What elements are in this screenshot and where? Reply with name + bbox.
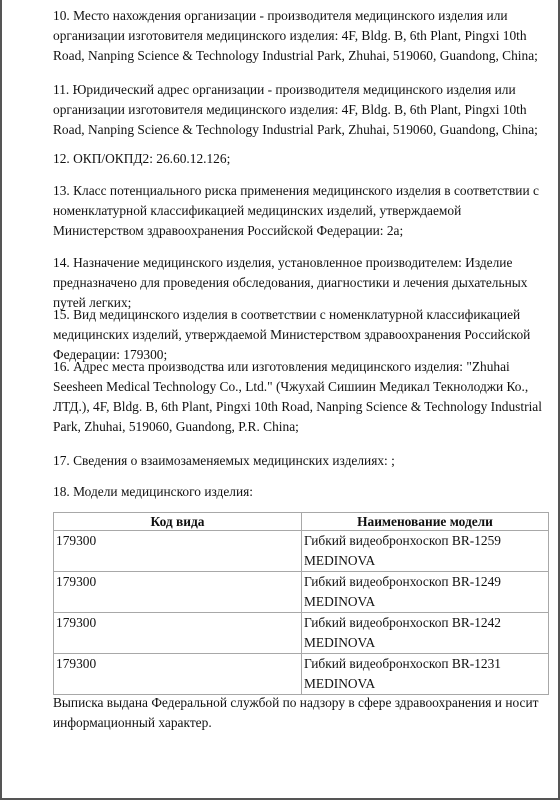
- document-page: 10. Место нахождения организации - произ…: [0, 0, 560, 800]
- cell-code: 179300: [54, 572, 302, 613]
- table-row: 179300 Гибкий видеобронхоскоп BR-1242MED…: [54, 613, 549, 654]
- model-brand: MEDINOVA: [304, 594, 375, 609]
- item-text: Адрес места производства или изготовлени…: [53, 359, 542, 434]
- model-name-line: Гибкий видеобронхоскоп BR-1231: [304, 656, 501, 671]
- item-13: 13. Класс потенциального риска применени…: [53, 181, 553, 241]
- item-text: Сведения о взаимозаменяемых медицинских …: [73, 453, 395, 468]
- column-header-code: Код вида: [54, 513, 302, 531]
- item-14: 14. Назначение медицинского изделия, уст…: [53, 253, 553, 313]
- item-12: 12. ОКП/ОКПД2: 26.60.12.126;: [53, 149, 553, 169]
- item-15: 15. Вид медицинского изделия в соответст…: [53, 305, 553, 365]
- cell-code: 179300: [54, 613, 302, 654]
- item-number: 10.: [53, 8, 70, 23]
- item-text: Модели медицинского изделия:: [73, 484, 253, 499]
- cell-model-name: Гибкий видеобронхоскоп BR-1249MEDINOVA: [302, 572, 549, 613]
- table-header-row: Код вида Наименование модели: [54, 513, 549, 531]
- item-18: 18. Модели медицинского изделия:: [53, 482, 553, 502]
- model-name-line: Гибкий видеобронхоскоп BR-1259: [304, 533, 501, 548]
- item-text: Назначение медицинского изделия, установ…: [53, 255, 527, 310]
- item-10: 10. Место нахождения организации - произ…: [53, 6, 553, 66]
- table-row: 179300 Гибкий видеобронхоскоп BR-1259MED…: [54, 531, 549, 572]
- item-number: 14.: [53, 255, 70, 270]
- cell-model-name: Гибкий видеобронхоскоп BR-1231MEDINOVA: [302, 654, 549, 695]
- model-brand: MEDINOVA: [304, 635, 375, 650]
- model-brand: MEDINOVA: [304, 676, 375, 691]
- item-number: 12.: [53, 151, 70, 166]
- item-text: Юридический адрес организации - производ…: [53, 82, 538, 137]
- column-header-model-name: Наименование модели: [302, 513, 549, 531]
- item-16: 16. Адрес места производства или изготов…: [53, 357, 553, 437]
- item-number: 13.: [53, 183, 70, 198]
- model-name-line: Гибкий видеобронхоскоп BR-1249: [304, 574, 501, 589]
- table-row: 179300 Гибкий видеобронхоскоп BR-1249MED…: [54, 572, 549, 613]
- item-number: 18.: [53, 484, 70, 499]
- item-number: 17.: [53, 453, 70, 468]
- models-table: Код вида Наименование модели 179300 Гибк…: [53, 512, 549, 695]
- table-row: 179300 Гибкий видеобронхоскоп BR-1231MED…: [54, 654, 549, 695]
- cell-model-name: Гибкий видеобронхоскоп BR-1259MEDINOVA: [302, 531, 549, 572]
- item-text: Место нахождения организации - производи…: [53, 8, 538, 63]
- item-text: Вид медицинского изделия в соответствии …: [53, 307, 530, 362]
- cell-code: 179300: [54, 531, 302, 572]
- item-number: 15.: [53, 307, 70, 322]
- item-text: Класс потенциального риска применения ме…: [53, 183, 539, 238]
- item-text: ОКП/ОКПД2: 26.60.12.126;: [73, 151, 230, 166]
- footer-note: Выписка выдана Федеральной службой по на…: [53, 693, 553, 733]
- item-17: 17. Сведения о взаимозаменяемых медицинс…: [53, 451, 553, 471]
- cell-code: 179300: [54, 654, 302, 695]
- model-brand: MEDINOVA: [304, 553, 375, 568]
- cell-model-name: Гибкий видеобронхоскоп BR-1242MEDINOVA: [302, 613, 549, 654]
- item-number: 11.: [53, 82, 69, 97]
- model-name-line: Гибкий видеобронхоскоп BR-1242: [304, 615, 501, 630]
- item-number: 16.: [53, 359, 70, 374]
- item-11: 11. Юридический адрес организации - прои…: [53, 80, 553, 140]
